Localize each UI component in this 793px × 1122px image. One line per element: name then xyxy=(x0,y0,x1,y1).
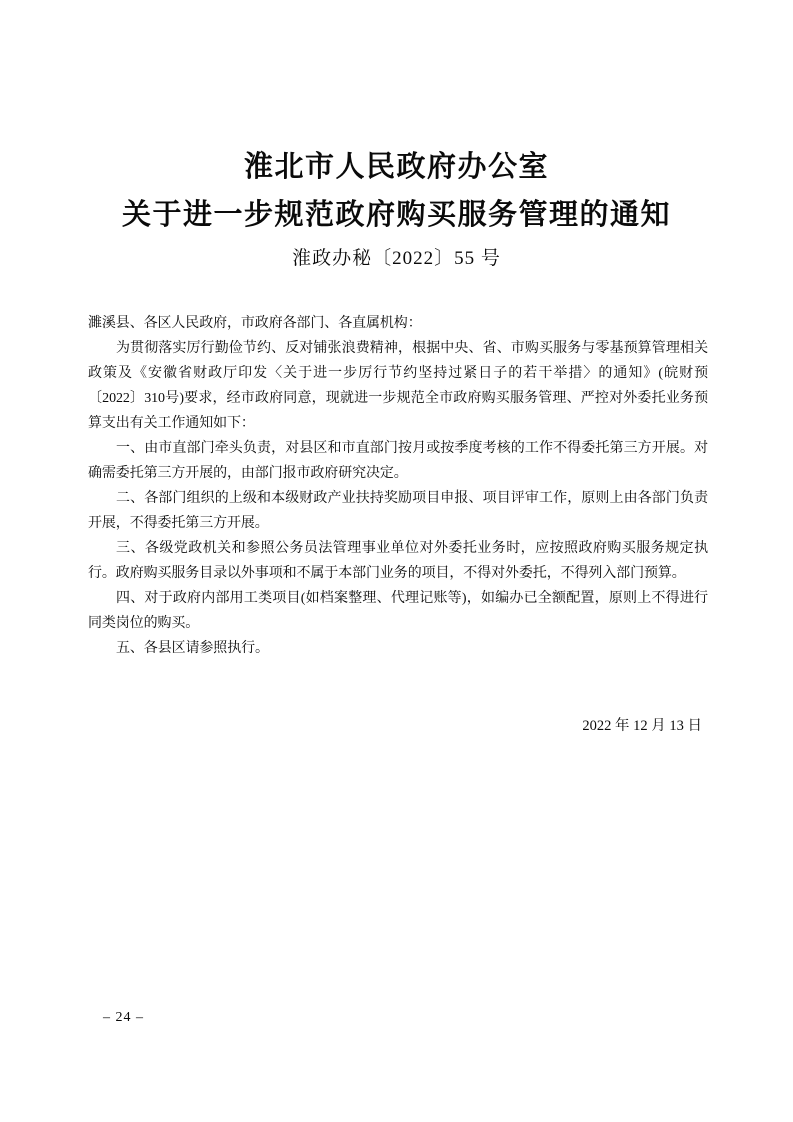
document-number: 淮政办秘〔2022〕55 号 xyxy=(0,247,793,271)
paragraph-item-1: 一、由市直部门牵头负责，对县区和市直部门按月或按季度考核的工作不得委托第三方开展… xyxy=(88,436,708,486)
paragraph-item-4: 四、对于政府内部用工类项目(如档案整理、代理记账等)，如编办已全额配置，原则上不… xyxy=(88,586,708,636)
paragraph-item-3: 三、各级党政机关和参照公务员法管理事业单位对外委托业务时，应按照政府购买服务规定… xyxy=(88,536,708,586)
paragraph-intro: 为贯彻落实厉行勤俭节约、反对铺张浪费精神，根据中央、省、市购买服务与零基预算管理… xyxy=(88,336,708,436)
document-page: 淮北市人民政府办公室 关于进一步规范政府购买服务管理的通知 淮政办秘〔2022〕… xyxy=(0,0,793,1122)
salutation-line: 濉溪县、各区人民政府，市政府各部门、各直属机构： xyxy=(88,311,708,336)
paragraph-item-2: 二、各部门组织的上级和本级财政产业扶持奖励项目申报、项目评审工作，原则上由各部门… xyxy=(88,486,708,536)
paragraph-item-5: 五、各县区请参照执行。 xyxy=(88,636,708,661)
document-header: 淮北市人民政府办公室 关于进一步规范政府购买服务管理的通知 淮政办秘〔2022〕… xyxy=(0,143,793,271)
document-body: 濉溪县、各区人民政府，市政府各部门、各直属机构： 为贯彻落实厉行勤俭节约、反对铺… xyxy=(88,311,708,661)
document-title-line-2: 关于进一步规范政府购买服务管理的通知 xyxy=(0,191,793,239)
document-title-line-1: 淮北市人民政府办公室 xyxy=(0,143,793,191)
page-number: – 24 – xyxy=(103,1009,144,1027)
document-date: 2022 年 12 月 13 日 xyxy=(88,716,702,736)
